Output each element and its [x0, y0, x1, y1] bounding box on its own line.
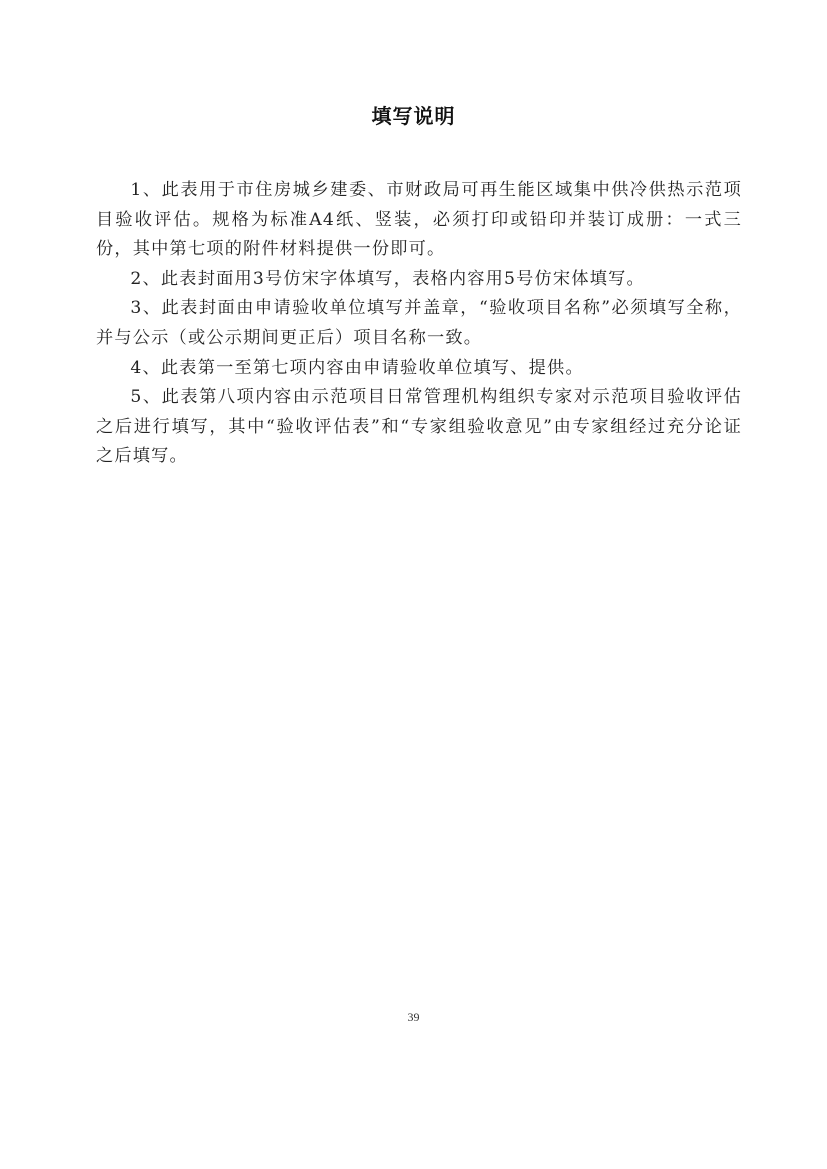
instruction-paragraph-1: 1、此表用于市住房城乡建委、市财政局可再生能区域集中供冷供热示范项目验收评估。规… — [96, 176, 742, 265]
page-number: 39 — [0, 1010, 827, 1025]
instruction-paragraph-2: 2、此表封面用3号仿宋字体填写，表格内容用5号仿宋体填写。 — [96, 265, 742, 295]
instruction-paragraph-5: 5、此表第八项内容由示范项目日常管理机构组织专家对示范项目验收评估之后进行填写，… — [96, 383, 742, 472]
document-page: 填写说明 1、此表用于市住房城乡建委、市财政局可再生能区域集中供冷供热示范项目验… — [0, 0, 827, 1169]
instructions-body: 1、此表用于市住房城乡建委、市财政局可再生能区域集中供冷供热示范项目验收评估。规… — [96, 176, 742, 472]
page-title: 填写说明 — [0, 100, 827, 129]
instruction-paragraph-4: 4、此表第一至第七项内容由申请验收单位填写、提供。 — [96, 354, 742, 384]
instruction-paragraph-3: 3、此表封面由申请验收单位填写并盖章，“验收项目名称”必须填写全称，并与公示（或… — [96, 294, 742, 353]
